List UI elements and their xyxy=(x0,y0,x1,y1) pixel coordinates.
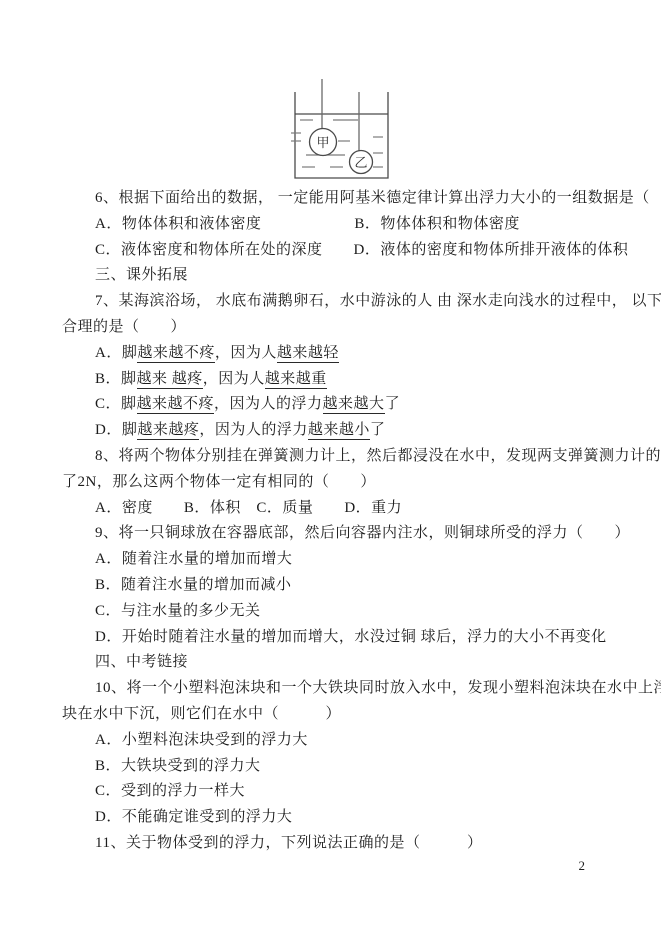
page-number: 2 xyxy=(579,858,586,874)
text-segment: B．脚 xyxy=(95,371,137,387)
q7-option-c: C．脚越来越不疼，因为人的浮力越来越大了 xyxy=(62,392,600,418)
text-segment: 11、关于物体受到的浮力，下列说法正确的是（ ） xyxy=(95,835,482,851)
q9-stem: 9、将一只铜球放在容器底部，然后向容器内注水，则铜球所受的浮力（ ） xyxy=(62,521,600,547)
section-3-header: 三、课外拓展 xyxy=(62,263,600,289)
q6-options-ab: A．物体体积和液体密度 B．物体体积和物体密度 xyxy=(62,212,600,238)
q7-stem-line2: 合理的是（ ） xyxy=(62,315,600,341)
underlined-phrase: 越来越大 xyxy=(323,396,385,414)
q6-stem: 6、根据下面给出的数据， 一定能用阿基米德定律计算出浮力大小的一组数据是（ ） xyxy=(62,186,600,212)
text-segment: B．大铁块受到的浮力大 xyxy=(95,758,261,774)
q7-option-d: D．脚越来越疼，因为人的浮力越来越小了 xyxy=(62,418,600,444)
text-segment: 10、将一个小塑料泡沫块和一个大铁块同时放入水中，发现小塑料泡沫块在水中上浮，而… xyxy=(95,680,661,696)
q10-stem-line1: 10、将一个小塑料泡沫块和一个大铁块同时放入水中，发现小塑料泡沫块在水中上浮，而… xyxy=(62,676,600,702)
text-segment: 6、根据下面给出的数据， 一定能用阿基米德定律计算出浮力大小的一组数据是（ ） xyxy=(95,190,661,206)
text-segment: 9、将一只铜球放在容器底部，然后向容器内注水，则铜球所受的浮力（ ） xyxy=(95,525,630,541)
q8-stem-line1: 8、将两个物体分别挂在弹簧测力计上，然后都浸没在水中，发现两支弹簧测力计的示数都… xyxy=(62,444,600,470)
text-segment: D．不能确定谁受到的浮力大 xyxy=(95,809,292,825)
underlined-phrase: 越来越小 xyxy=(308,422,370,440)
q10-option-a: A．小塑料泡沫块受到的浮力大 xyxy=(62,728,600,754)
text-segment: D．脚 xyxy=(95,422,137,438)
worksheet-page: 甲 乙 6、根据下面给出的数据， 一定能用阿基米德定律计算出浮力大小的一组数据是… xyxy=(0,0,661,935)
text-segment: C．受到的浮力一样大 xyxy=(95,783,245,799)
text-segment: A．小塑料泡沫块受到的浮力大 xyxy=(95,732,308,748)
section-4-header: 四、中考链接 xyxy=(62,650,600,676)
text-segment: C．与注水量的多少无关 xyxy=(95,603,261,619)
q10-option-c: C．受到的浮力一样大 xyxy=(62,779,600,805)
q11-stem: 11、关于物体受到的浮力，下列说法正确的是（ ） xyxy=(62,831,600,857)
q9-option-c: C．与注水量的多少无关 xyxy=(62,599,600,625)
underlined-phrase: 越来越不疼 xyxy=(137,396,215,414)
q10-stem-line2: 块在水中下沉，则它们在水中（ ） xyxy=(62,702,600,728)
q10-option-b: B．大铁块受到的浮力大 xyxy=(62,754,600,780)
beaker-outline xyxy=(295,92,388,178)
text-segment: ，因为人的浮力 xyxy=(214,396,323,412)
text-segment: 合理的是（ ） xyxy=(62,319,186,335)
beaker-figure: 甲 乙 xyxy=(270,75,400,185)
text-block: 6、根据下面给出的数据， 一定能用阿基米德定律计算出浮力大小的一组数据是（ ）A… xyxy=(62,186,600,857)
q7-option-b: B．脚越来 越疼，因为人越来越重 xyxy=(62,367,600,393)
beaker-diagram: 甲 乙 xyxy=(270,75,400,185)
q10-option-d: D．不能确定谁受到的浮力大 xyxy=(62,805,600,831)
q8-options: A．密度 B．体积 C．质量 D．重力 xyxy=(62,496,600,522)
text-segment: A．随着注水量的增加而增大 xyxy=(95,551,292,567)
text-segment: A．脚 xyxy=(95,345,137,361)
q9-option-d: D．开始时随着注水量的增加而增大，水没过铜 球后，浮力的大小不再变化 xyxy=(62,625,600,651)
q7-stem-line1: 7、某海滨浴场， 水底布满鹅卵石，水中游泳的人 由 深水走向浅水的过程中， 以下… xyxy=(62,289,600,315)
text-segment: ，因为人的浮力 xyxy=(199,422,308,438)
text-segment: 了2N，那么这两个物体一定有相同的（ ） xyxy=(62,474,376,490)
text-segment: A．物体体积和液体密度 B．物体体积和物体密度 xyxy=(95,216,520,232)
text-segment: A．密度 B．体积 C．质量 D．重力 xyxy=(95,500,402,516)
text-segment: B．随着注水量的增加而减小 xyxy=(95,577,292,593)
q9-option-b: B．随着注水量的增加而减小 xyxy=(62,573,600,599)
text-segment: 四、中考链接 xyxy=(95,654,188,670)
underlined-phrase: 越来越轻 xyxy=(277,345,339,363)
ball-jia-label: 甲 xyxy=(316,135,329,150)
underlined-phrase: 越来 越疼 xyxy=(137,371,203,389)
text-segment: ，因为人 xyxy=(203,371,265,387)
underlined-phrase: 越来越疼 xyxy=(137,422,199,440)
text-segment: C．液体密度和物体所在处的深度 D．液体的密度和物体所排开液体的体积 xyxy=(95,242,628,258)
text-segment: 了 xyxy=(385,396,401,412)
text-segment: 了 xyxy=(370,422,386,438)
underlined-phrase: 越来越不疼 xyxy=(137,345,215,363)
q7-option-a: A．脚越来越不疼，因为人越来越轻 xyxy=(62,341,600,367)
text-segment: 块在水中下沉，则它们在水中（ ） xyxy=(62,706,341,722)
q8-stem-line2: 了2N，那么这两个物体一定有相同的（ ） xyxy=(62,470,600,496)
text-segment: ，因为人 xyxy=(215,345,277,361)
text-segment: D．开始时随着注水量的增加而增大，水没过铜 球后，浮力的大小不再变化 xyxy=(95,629,607,645)
text-segment: 8、将两个物体分别挂在弹簧测力计上，然后都浸没在水中，发现两支弹簧测力计的示数都… xyxy=(95,448,661,464)
underlined-phrase: 越来越重 xyxy=(265,371,327,389)
ball-yi-label: 乙 xyxy=(354,155,367,170)
q6-options-cd: C．液体密度和物体所在处的深度 D．液体的密度和物体所排开液体的体积 xyxy=(62,238,600,264)
text-segment: 三、课外拓展 xyxy=(95,267,188,283)
q9-option-a: A．随着注水量的增加而增大 xyxy=(62,547,600,573)
text-segment: C．脚 xyxy=(95,396,137,412)
text-segment: 7、某海滨浴场， 水底布满鹅卵石，水中游泳的人 由 深水走向浅水的过程中， 以下… xyxy=(95,293,661,309)
